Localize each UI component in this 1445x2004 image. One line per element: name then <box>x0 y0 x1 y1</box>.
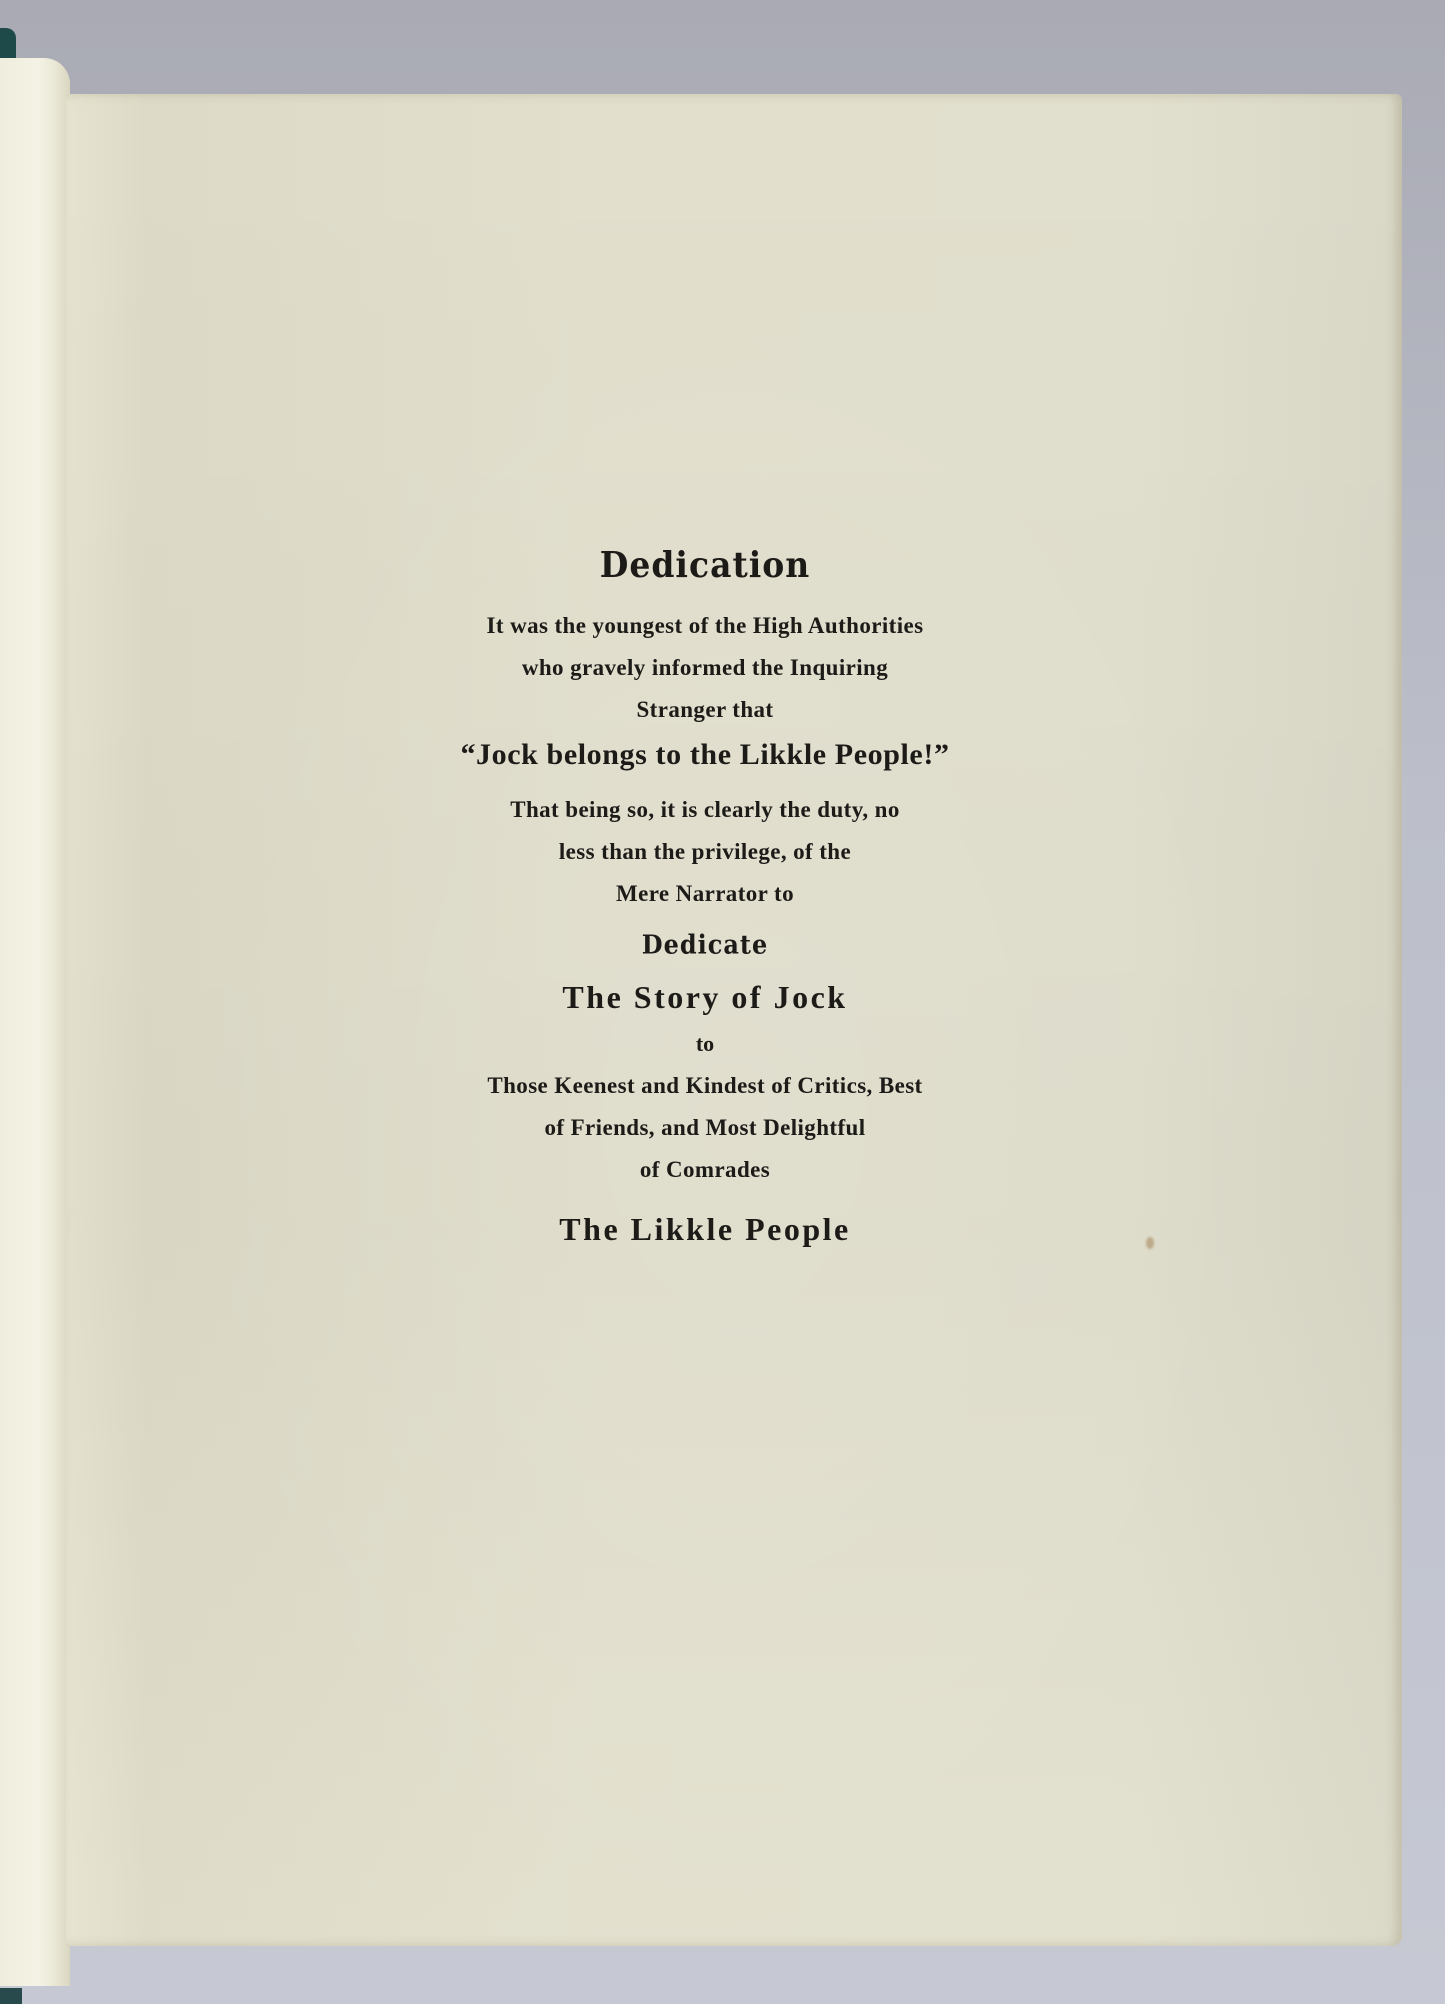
intro-line: Stranger that <box>380 689 1030 731</box>
recipient-line: of Friends, and Most Delightful <box>380 1107 1030 1149</box>
left-page-edge <box>0 58 70 1986</box>
recipient-line: Those Keenest and Kindest of Critics, Be… <box>380 1065 1030 1107</box>
foxing-spot <box>1146 1237 1154 1249</box>
middle-line: less than the privilege, of the <box>380 831 1030 873</box>
dedication-block: Dedication It was the youngest of the Hi… <box>380 548 1030 1251</box>
dedication-heading: Dedication <box>380 547 1030 583</box>
middle-line: Mere Narrator to <box>380 873 1030 915</box>
book-title: The Story of Jock <box>380 975 1030 1019</box>
dedicate-heading: Dedicate <box>380 932 1030 958</box>
book-cover-corner <box>0 1988 22 2004</box>
intro-line: who gravely informed the Inquiring <box>380 647 1030 689</box>
closing-line: The Likkle People <box>380 1207 1030 1251</box>
middle-line: That being so, it is clearly the duty, n… <box>380 789 1030 831</box>
connector-word: to <box>380 1023 1030 1065</box>
intro-line: It was the youngest of the High Authorit… <box>380 605 1030 647</box>
recipient-line: of Comrades <box>380 1149 1030 1191</box>
quote-line: “Jock belongs to the Likkle People!” <box>380 735 1030 775</box>
book-cover-corner <box>0 28 16 62</box>
